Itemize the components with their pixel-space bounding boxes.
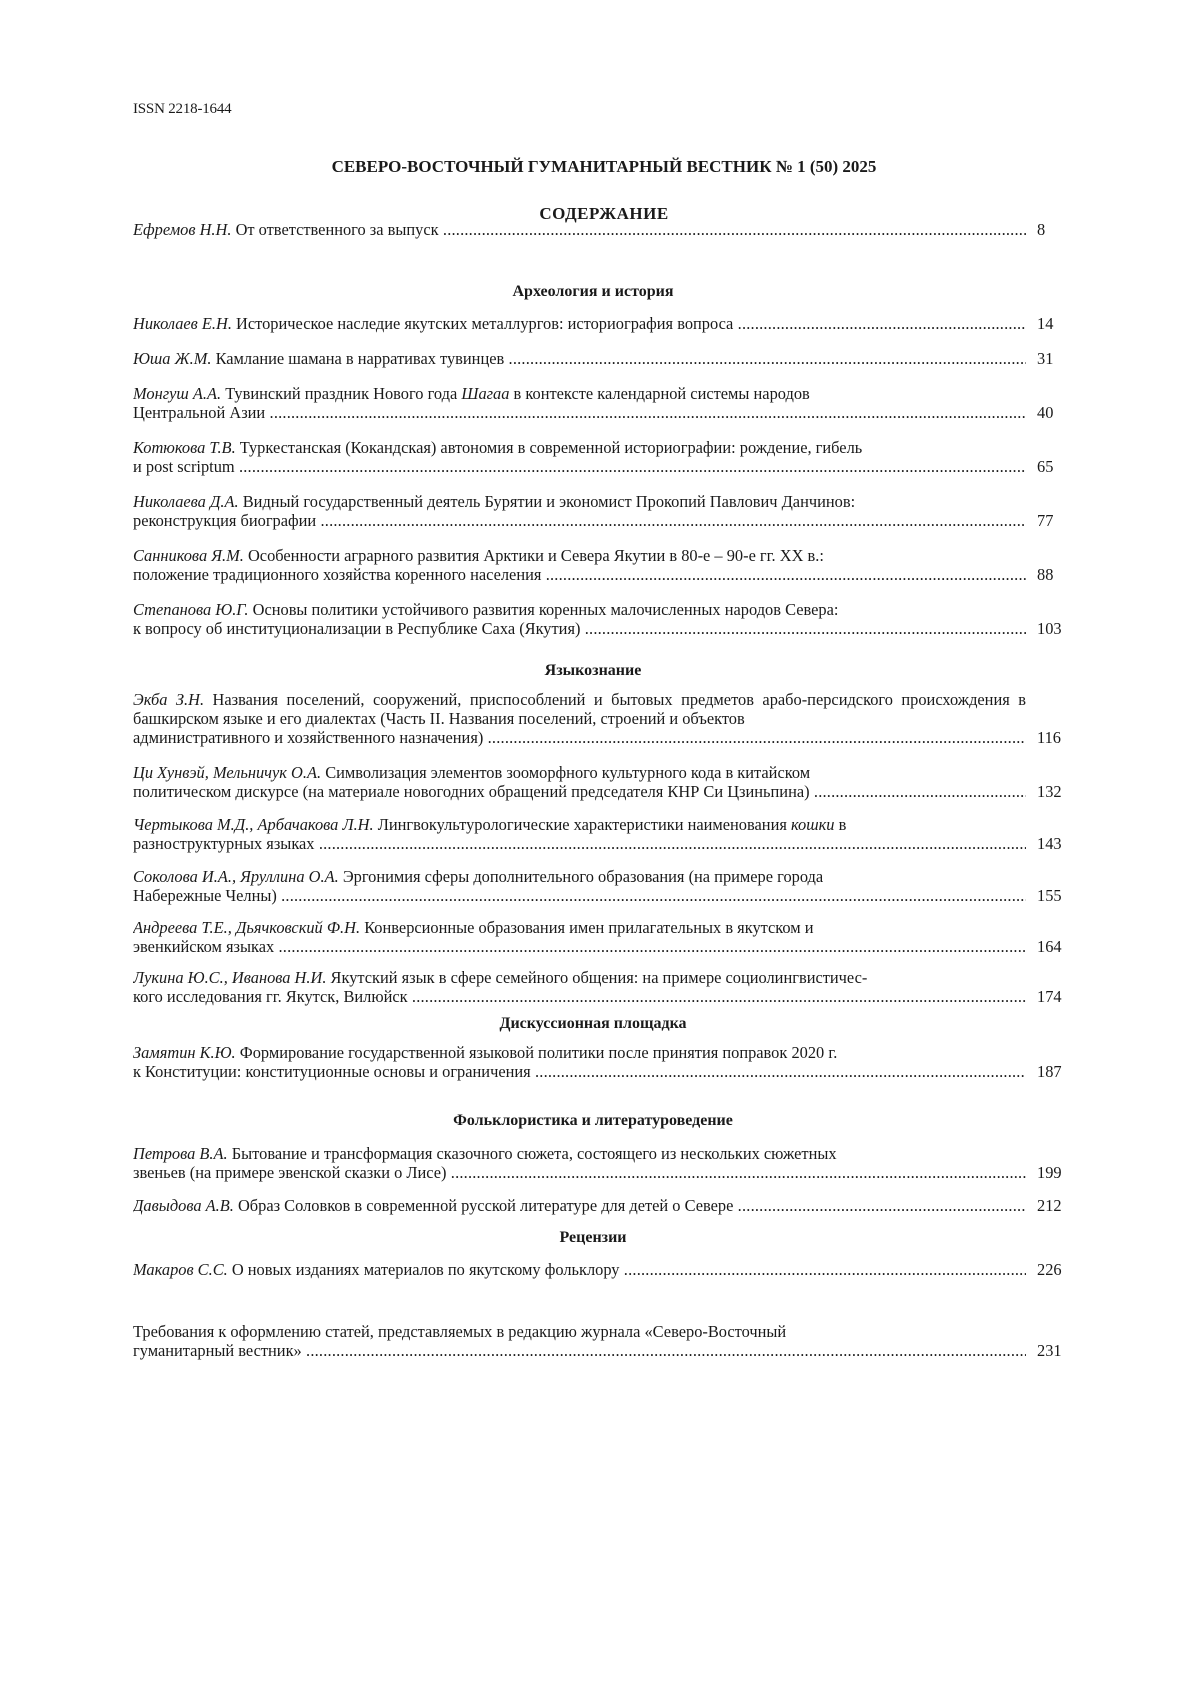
entry-page-number: 187 (1037, 1062, 1073, 1081)
entry-page-number: 212 (1037, 1196, 1073, 1215)
entry-title: административного и хозяйственного назна… (133, 728, 1026, 747)
entry-title: реконструкция биографии (133, 511, 1026, 530)
entry-author: Петрова В.А. (133, 1144, 228, 1163)
entry-page-number: 231 (1037, 1341, 1073, 1360)
entry-title: звеньев (на примере эвенской сказки о Ли… (133, 1163, 1026, 1182)
entry-author: Николаева Д.А. (133, 492, 239, 511)
entry-title-emphasis: Шагаа (461, 384, 509, 403)
entry-title: Конверсионные образования имен прилагате… (364, 918, 813, 937)
entry-author: Ефремов Н.Н. (133, 220, 231, 239)
toc-entry[interactable]: Юша Ж.М. Камлание шамана в нарративах ту… (133, 349, 1073, 368)
entry-author: Степанова Ю.Г. (133, 600, 249, 619)
entry-author: Давыдова А.В. (133, 1196, 234, 1215)
section-heading-reviews: Рецензии (133, 1229, 1053, 1247)
entry-page-number: 31 (1037, 349, 1073, 368)
toc-entry[interactable]: Давыдова А.В. Образ Соловков в современн… (133, 1196, 1073, 1215)
entry-author: Экба З.Н. (133, 690, 204, 709)
entry-title: Требования к оформлению статей, представ… (133, 1322, 786, 1341)
entry-title: Набережные Челны) (133, 886, 1026, 905)
entry-title: положение традиционного хозяйства коренн… (133, 565, 1026, 584)
entry-author: Монгуш А.А. (133, 384, 221, 403)
entry-title: кого исследования гг. Якутск, Вилюйск (133, 987, 1026, 1006)
toc-entry[interactable]: Замятин К.Ю. Формирование государственно… (133, 1043, 1073, 1081)
entry-page-number: 14 (1037, 314, 1073, 333)
toc-entry[interactable]: Андреева Т.Е., Дьячковский Ф.Н. Конверси… (133, 918, 1073, 956)
toc-entry[interactable]: Монгуш А.А. Тувинский праздник Нового го… (133, 384, 1073, 422)
entry-title: Центральной Азии (133, 403, 1026, 422)
toc-entry[interactable]: Степанова Ю.Г. Основы политики устойчиво… (133, 600, 1073, 638)
toc-entry[interactable]: Экба З.Н. Названия поселений, сооружений… (133, 690, 1073, 747)
entry-page-number: 8 (1037, 220, 1073, 239)
entry-title: Основы политики устойчивого развития кор… (253, 600, 839, 619)
entry-title: Туркестанская (Кокандская) автономия в с… (240, 438, 862, 457)
entry-page-number: 199 (1037, 1163, 1073, 1182)
entry-page-number: 88 (1037, 565, 1073, 584)
entry-author: Андреева Т.Е., Дьячковский Ф.Н. (133, 918, 360, 937)
toc-entry[interactable]: Николаев Е.Н. Историческое наследие якут… (133, 314, 1073, 333)
entry-title-emphasis: кошки (791, 815, 834, 834)
section-heading-archaeology-history: Археология и история (133, 283, 1053, 301)
entry-page-number: 174 (1037, 987, 1073, 1006)
toc-entry[interactable]: Николаева Д.А. Видный государственный де… (133, 492, 1073, 530)
toc-entry[interactable]: Ци Хунвэй, Мельничук О.А. Символизация э… (133, 763, 1073, 801)
entry-page-number: 116 (1037, 728, 1073, 747)
entry-author: Котюкова Т.В. (133, 438, 236, 457)
entry-title: Бытование и трансформация сказочного сюж… (232, 1144, 837, 1163)
entry-title: Формирование государственной языковой по… (240, 1043, 838, 1062)
entry-title: гуманитарный вестник» (133, 1341, 1026, 1360)
entry-author: Юша Ж.М. (133, 349, 211, 368)
entry-page-number: 103 (1037, 619, 1073, 638)
entry-title: Видный государственный деятель Бурятии и… (243, 492, 855, 511)
entry-title: эвенкийском языках (133, 937, 1026, 956)
entry-title: Символизация элементов зооморфного культ… (325, 763, 810, 782)
entry-page-number: 132 (1037, 782, 1073, 801)
entry-author: Николаев Е.Н. (133, 314, 232, 333)
toc-entry[interactable]: Петрова В.А. Бытование и трансформация с… (133, 1144, 1073, 1182)
entry-title: Лингвокультурологические характеристики … (378, 815, 787, 834)
entry-page-number: 155 (1037, 886, 1073, 905)
entry-title: Камлание шамана в нарративах тувинцев (216, 349, 505, 368)
toc-entry[interactable]: Макаров С.С. О новых изданиях материалов… (133, 1260, 1073, 1279)
entry-title: разноструктурных языках (133, 834, 1026, 853)
issn-label: ISSN 2218-1644 (133, 101, 231, 118)
toc-entry-submission-requirements[interactable]: Требования к оформлению статей, представ… (133, 1322, 1073, 1360)
entry-page-number: 40 (1037, 403, 1073, 422)
entry-author: Макаров С.С. (133, 1260, 228, 1279)
entry-author: Лукина Ю.С., Иванова Н.И. (133, 968, 326, 987)
entry-author: Санникова Я.М. (133, 546, 244, 565)
entry-page-number: 143 (1037, 834, 1073, 853)
entry-author: Соколова И.А., Яруллина О.А. (133, 867, 339, 886)
section-heading-discussion: Дискуссионная площадка (133, 1015, 1053, 1033)
entry-title: Особенности аграрного развития Арктики и… (248, 546, 824, 565)
section-heading-folklore-literature: Фольклористика и литературоведение (133, 1112, 1053, 1130)
section-heading-linguistics: Языкознание (133, 662, 1053, 680)
entry-page-number: 164 (1037, 937, 1073, 956)
toc-entry[interactable]: Соколова И.А., Яруллина О.А. Эргонимия с… (133, 867, 1073, 905)
entry-title: политическом дискурсе (на материале ново… (133, 782, 1026, 801)
entry-page-number: 77 (1037, 511, 1073, 530)
entry-title: к вопросу об институционализации в Респу… (133, 619, 1026, 638)
toc-entry[interactable]: Санникова Я.М. Особенности аграрного раз… (133, 546, 1073, 584)
entry-title: О новых изданиях материалов по якутскому… (232, 1260, 620, 1279)
entry-title: Якутский язык в сфере семейного общения:… (331, 968, 868, 987)
entry-author: Замятин К.Ю. (133, 1043, 236, 1062)
entry-title: в контексте календарной системы народов (514, 384, 810, 403)
entry-author: Ци Хунвэй, Мельничук О.А. (133, 763, 321, 782)
entry-page-number: 226 (1037, 1260, 1073, 1279)
entry-title: Эргонимия сферы дополнительного образова… (343, 867, 823, 886)
entry-title: Историческое наследие якутских металлург… (236, 314, 733, 333)
entry-page-number: 65 (1037, 457, 1073, 476)
entry-title: Названия поселений, сооружений, приспосо… (133, 690, 1026, 728)
entry-title: Тувинский праздник Нового года (225, 384, 457, 403)
journal-title: СЕВЕРО-ВОСТОЧНЫЙ ГУМАНИТАРНЫЙ ВЕСТНИК № … (0, 157, 1202, 177)
toc-entry[interactable]: Котюкова Т.В. Туркестанская (Кокандская)… (133, 438, 1073, 476)
entry-title: к Конституции: конституционные основы и … (133, 1062, 1026, 1081)
entry-title: в (839, 815, 847, 834)
entry-author: Чертыкова М.Д., Арбачакова Л.Н. (133, 815, 374, 834)
entry-title: Образ Соловков в современной русской лит… (238, 1196, 733, 1215)
toc-entry[interactable]: Чертыкова М.Д., Арбачакова Л.Н. Лингвоку… (133, 815, 1073, 853)
entry-title: и post scriptum (133, 457, 1026, 476)
entry-title: От ответственного за выпуск (236, 220, 439, 239)
toc-entry[interactable]: Лукина Ю.С., Иванова Н.И. Якутский язык … (133, 968, 1073, 1006)
toc-entry-intro[interactable]: Ефремов Н.Н. От ответственного за выпуск… (133, 220, 1073, 239)
